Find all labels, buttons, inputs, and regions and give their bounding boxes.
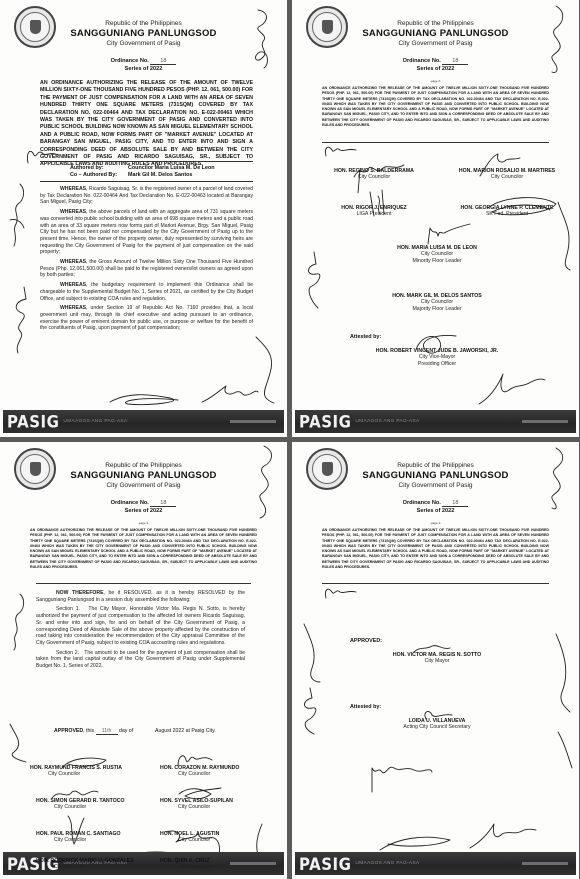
republic-text: Republic of the Philippines (0, 20, 287, 27)
divider (36, 583, 251, 584)
margin-signature-icon (550, 632, 576, 772)
coauthored-by-label: Co – Authored By: (70, 172, 128, 179)
resolution-body: NOW THEREFORE, be it RESOLVED, as it is … (36, 590, 245, 673)
resolved-clause: NOW THEREFORE, be it RESOLVED, as it is … (36, 590, 245, 603)
page-4: Republic of the Philippines SANGGUNIANG … (292, 442, 579, 879)
signature-icon (476, 150, 522, 180)
ordinance-number-block: Ordinance No. 18 Series of 2022 (0, 500, 287, 514)
margin-signature-icon (298, 686, 322, 736)
ordinance-number: 18 (150, 58, 176, 65)
republic-text: Republic of the Philippines (0, 462, 287, 469)
initials-signature-icon (24, 145, 60, 165)
footer-banner: PASIG UMAAGOS ANG PAG-ASA (295, 410, 576, 433)
margin-signature-icon (4, 722, 30, 764)
margin-signature-icon (6, 180, 28, 250)
city-government-text: City Government of Pasig (0, 40, 287, 47)
whereas-clause-4: WHEREAS, the budgetary requirement to im… (40, 282, 253, 302)
series-text: Series of 2022 (0, 508, 287, 514)
attested-by-label: Attested by: (350, 334, 381, 340)
footer-tagline: UMAAGOS ANG PAG-ASA (63, 419, 127, 424)
ordinance-number-block: Ordinance No. 18 Series of 2022 (0, 58, 287, 72)
section-1: Section 1. The City Mayor, Honorable Vic… (36, 606, 245, 646)
signature-icon (410, 330, 460, 360)
page-label: -page 4- (292, 521, 579, 525)
pasig-logo: PASIG (299, 853, 351, 874)
signature-icon (200, 384, 260, 406)
ordinance-title: AN ORDINANCE AUTHORIZING THE RELEASE OF … (30, 528, 257, 570)
approved-day: 11th (96, 728, 118, 735)
whereas-clauses: WHEREAS, Ricardo Saguisag, Sr. is the re… (40, 186, 253, 335)
footer-banner: PASIG UMAAGOS ANG PAG-ASA (3, 410, 284, 433)
ordinance-number: 18 (150, 500, 176, 507)
attested-by-label: Attested by: (350, 704, 381, 710)
signature-icon (468, 822, 538, 850)
signature-icon (482, 190, 562, 220)
margin-signature-icon (542, 4, 572, 74)
ordinance-number: 18 (442, 500, 468, 507)
footer-tagline: UMAAGOS ANG PAG-ASA (355, 861, 419, 866)
city-government-text: City Government of Pasig (292, 40, 579, 47)
margin-signature-icon (250, 444, 282, 520)
page-label: -page 3- (0, 521, 287, 525)
series-text: Series of 2022 (0, 66, 287, 72)
page-1: Republic of the Philippines SANGGUNIANG … (0, 0, 287, 437)
council-name: SANGGUNIANG PANLUNGSOD (292, 28, 579, 39)
signature-icon (175, 784, 225, 806)
whereas-clause-3: WHEREAS, the Gross Amount of Twelve Mill… (40, 259, 253, 279)
letterhead: Republic of the Philippines SANGGUNIANG … (292, 462, 579, 489)
signatory-gonzales: HON. RODERICK MARIO U. GONZALESCity Coun… (36, 858, 156, 871)
margin-signature-icon (302, 250, 330, 310)
signature-icon (378, 832, 458, 852)
letterhead: Republic of the Philippines SANGGUNIANG … (0, 20, 287, 47)
footer-url-bar (522, 420, 568, 423)
footer-url-bar (522, 862, 568, 865)
signature-icon (477, 370, 547, 406)
ordinance-label: Ordinance No. (403, 58, 441, 64)
city-government-text: City Government of Pasig (292, 482, 579, 489)
margin-signature-icon (554, 200, 576, 272)
authors-block: Authored by:Councilor Maria Luisa M. De … (70, 165, 215, 178)
signature-icon (420, 707, 454, 721)
council-name: SANGGUNIANG PANLUNGSOD (0, 470, 287, 481)
ordinance-title: AN ORDINANCE AUTHORIZING THE RELEASE OF … (322, 528, 549, 570)
signatory-delos-santos: HON. MARK GIL M. DELOS SANTOSCity Counci… (372, 293, 502, 312)
signature-icon (50, 786, 100, 802)
whereas-clause-1: WHEREAS, Ricardo Saguisag, Sr. is the re… (40, 186, 253, 206)
margin-signature-icon (248, 8, 278, 70)
signature-icon (108, 390, 188, 408)
series-text: Series of 2022 (292, 508, 579, 514)
document-grid: Republic of the Philippines SANGGUNIANG … (0, 0, 580, 879)
signatory-cruz: HON. QUIN A. CRUZCity Councilor (160, 858, 280, 871)
approved-month-year: August 2022 at Pasig City. (155, 728, 216, 734)
pasig-logo: PASIG (7, 411, 59, 432)
ordinance-label: Ordinance No. (403, 500, 441, 506)
republic-text: Republic of the Philippines (292, 20, 579, 27)
whereas-clause-2: WHEREAS, the above parcels of land with … (40, 209, 253, 256)
ordinance-number-block: Ordinance No. 18 Series of 2022 (292, 500, 579, 514)
ordinance-label: Ordinance No. (111, 58, 149, 64)
council-name: SANGGUNIANG PANLUNGSOD (292, 470, 579, 481)
footer-tagline: UMAAGOS ANG PAG-ASA (355, 419, 419, 424)
signature-icon (64, 814, 88, 848)
divider (40, 181, 253, 182)
pasig-logo: PASIG (299, 411, 351, 432)
council-name: SANGGUNIANG PANLUNGSOD (0, 28, 287, 39)
republic-text: Republic of the Philippines (292, 462, 579, 469)
letterhead: Republic of the Philippines SANGGUNIANG … (292, 20, 579, 47)
ordinance-label: Ordinance No. (111, 500, 149, 506)
footer-url-bar (230, 420, 276, 423)
margin-signature-icon (300, 622, 324, 684)
signature-icon (362, 188, 392, 218)
page-label: -page 2- (292, 79, 579, 83)
signature-icon (60, 754, 110, 770)
margin-signature-icon (8, 285, 34, 355)
page-3: Republic of the Philippines SANGGUNIANG … (0, 442, 287, 879)
section-2: Section 2. The amount to be used for the… (36, 650, 245, 670)
signature-icon (176, 748, 216, 768)
approved-line: APPROVED, this 11th day of (54, 728, 133, 735)
margin-signature-icon (542, 446, 572, 510)
ordinance-title: AN ORDINANCE AUTHORIZING THE RELEASE OF … (322, 86, 549, 128)
ordinance-number-block: Ordinance No. 18 Series of 2022 (292, 58, 579, 72)
signature-icon (366, 756, 436, 796)
series-text: Series of 2022 (292, 66, 579, 72)
signatory-santiago: HON. PAUL ROMAN C. SANTIAGOCity Councilo… (36, 831, 156, 844)
ordinance-number: 18 (442, 58, 468, 65)
initials-signature-icon (322, 142, 358, 158)
whereas-clause-5: WHEREAS, under Section 19 of Republic Ac… (40, 305, 253, 332)
coauthored-by-value: Mark Gil M. Delos Santos (128, 172, 192, 179)
divider (40, 161, 253, 162)
signature-icon (422, 222, 472, 248)
footer-banner: PASIG UMAAGOS ANG PAG-ASA (295, 852, 576, 875)
margin-signature-icon (6, 592, 30, 652)
ordinance-title: AN ORDINANCE AUTHORIZING THE RELEASE OF … (40, 80, 253, 169)
page-2: Republic of the Philippines SANGGUNIANG … (292, 0, 579, 437)
letterhead: Republic of the Philippines SANGGUNIANG … (0, 462, 287, 489)
signature-icon (412, 642, 452, 654)
approved-label: APPROVED: (350, 638, 382, 644)
city-government-text: City Government of Pasig (0, 482, 287, 489)
initials-signature-icon (322, 584, 358, 600)
